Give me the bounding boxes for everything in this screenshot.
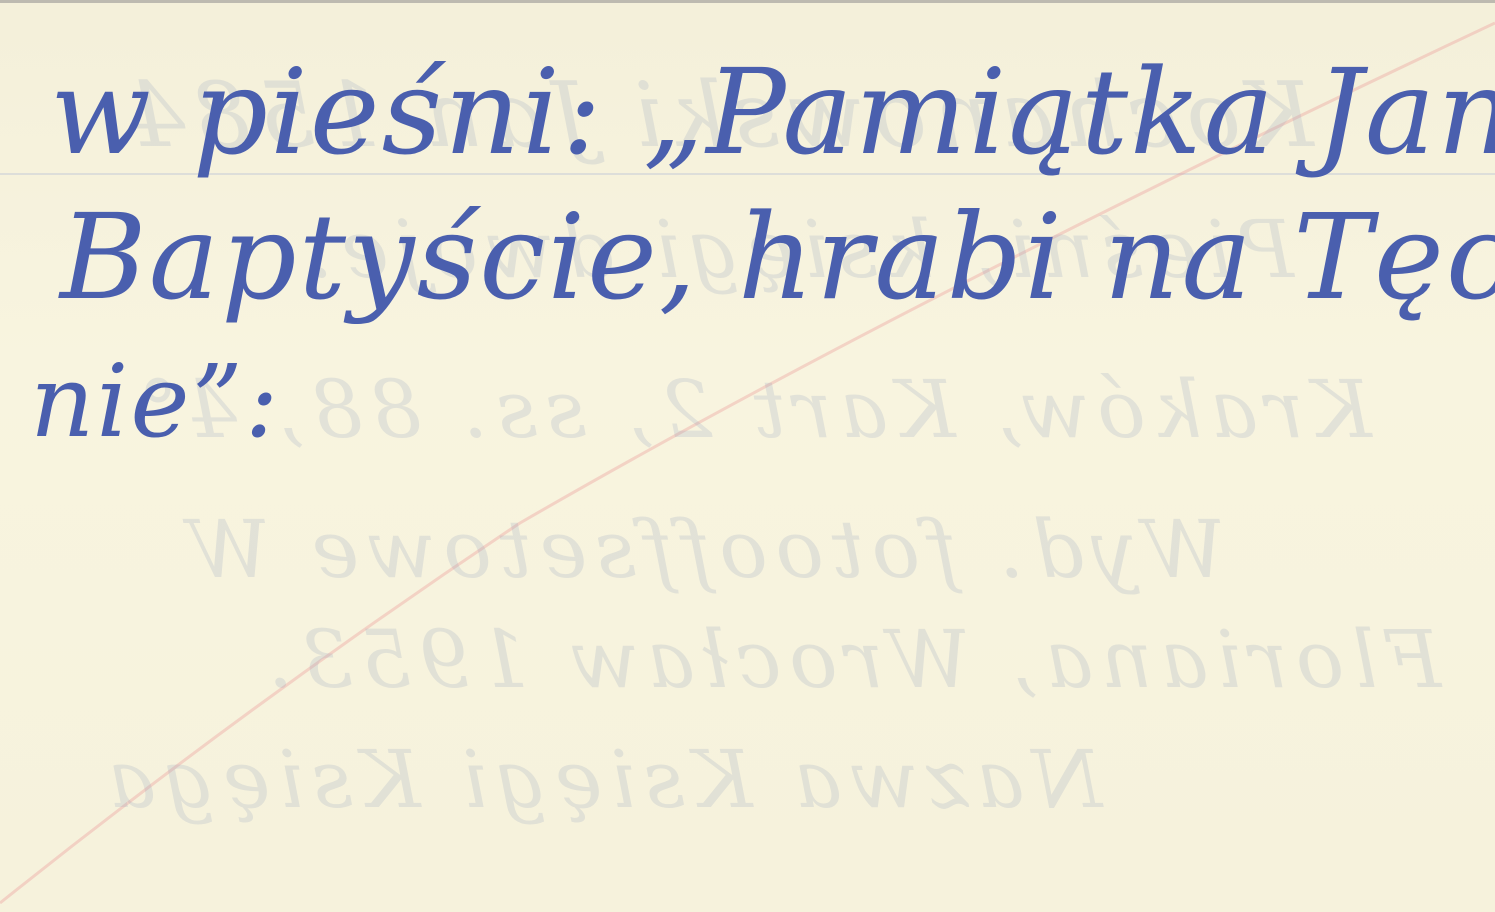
handwritten-line-3: nie”: — [30, 343, 280, 460]
index-card: Kochanowski Jan 1584 Pieśni, księgi dwoj… — [0, 0, 1495, 912]
handwritten-line-1: w pieśni: „Pamiątka Janowi — [50, 43, 1495, 181]
bleed-through-line: Floriana, Wrocław 1953. — [260, 613, 1441, 706]
bleed-through-line: Nazwa Księgi Księga — [100, 733, 1102, 826]
handwritten-line-2: Baptyście, hrabi na Tęczy- — [60, 188, 1495, 326]
bleed-through-line: Wyd. fotooffsetowe W — [180, 503, 1225, 596]
bleed-through-line: Kraków, Kart 2, ss. 88, 4° — [130, 363, 1372, 456]
